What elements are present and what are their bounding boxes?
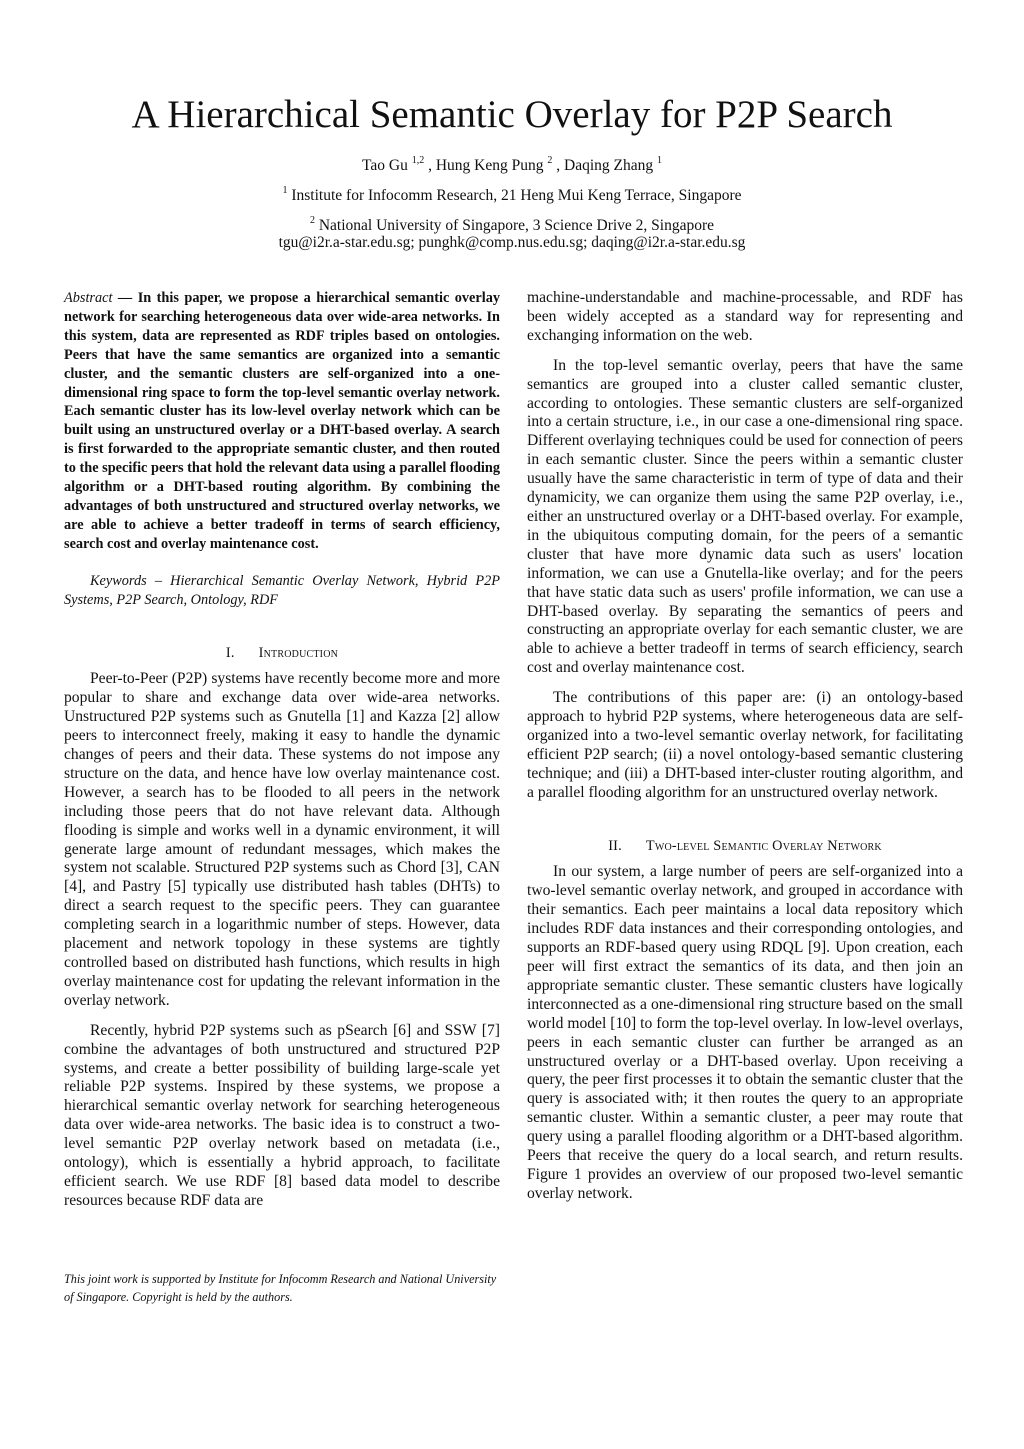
author-affiliation-mark: 1 <box>657 155 662 166</box>
author-name: Hung Keng Pung <box>436 157 544 174</box>
section-heading: II.Two-level Semantic Overlay Network <box>527 837 963 856</box>
section-heading: I.Introduction <box>64 644 500 663</box>
affiliation: 1 Institute for Infocomm Research, 21 He… <box>0 180 1024 207</box>
abstract-dash: — <box>112 290 137 306</box>
footnote: This joint work is supported by Institut… <box>64 1270 500 1306</box>
section-title: Two-level Semantic Overlay Network <box>646 838 882 854</box>
right-column: machine-understandable and machine-proce… <box>527 289 963 1204</box>
body-paragraph: In our system, a large number of peers a… <box>527 863 963 1203</box>
author-emails: tgu@i2r.a-star.edu.sg; punghk@comp.nus.e… <box>0 232 1024 254</box>
body-paragraph-continued: machine-understandable and machine-proce… <box>527 289 963 346</box>
abstract-label: Abstract <box>64 290 112 306</box>
author-name: Daqing Zhang <box>564 157 653 174</box>
abstract: Abstract — In this paper, we propose a h… <box>64 289 500 554</box>
affiliation-mark: 2 <box>310 215 315 226</box>
body-paragraph: In the top-level semantic overlay, peers… <box>527 357 963 678</box>
paper-title: A Hierarchical Semantic Overlay for P2P … <box>0 92 1024 138</box>
author-name: Tao Gu <box>362 157 408 174</box>
keywords: Keywords – Hierarchical Semantic Overlay… <box>64 572 500 610</box>
section-title: Introduction <box>259 645 338 661</box>
body-paragraph: Recently, hybrid P2P systems such as pSe… <box>64 1022 500 1211</box>
author-affiliation-mark: 2 <box>547 155 552 166</box>
body-paragraph: Peer-to-Peer (P2P) systems have recently… <box>64 670 500 1010</box>
section-number: II. <box>608 838 622 854</box>
author-list: Tao Gu 1,2 , Hung Keng Pung 2 , Daqing Z… <box>0 150 1024 177</box>
affiliation-mark: 1 <box>282 185 287 196</box>
body-paragraph: The contributions of this paper are: (i)… <box>527 689 963 802</box>
author-affiliation-mark: 1,2 <box>412 155 425 166</box>
left-column: Abstract — In this paper, we propose a h… <box>64 289 500 1211</box>
abstract-text: In this paper, we propose a hierarchical… <box>64 290 500 552</box>
affiliation-text: Institute for Infocomm Research, 21 Heng… <box>291 187 741 204</box>
section-number: I. <box>226 645 235 661</box>
